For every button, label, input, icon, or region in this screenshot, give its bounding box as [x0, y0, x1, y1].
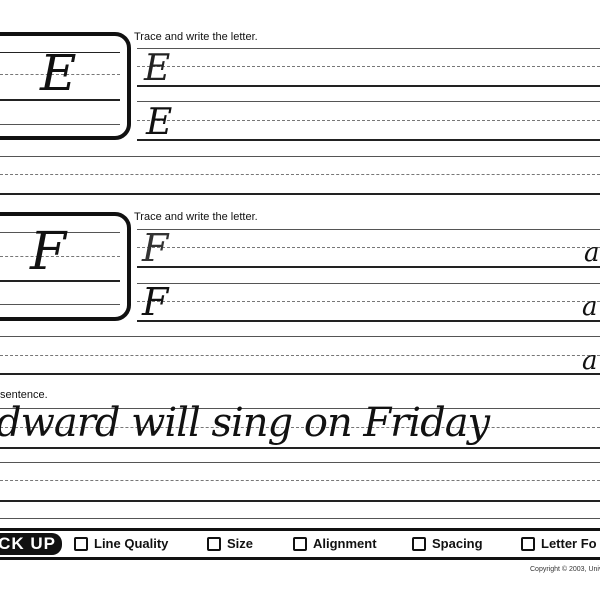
checkbox-icon[interactable]: [521, 537, 535, 551]
sample-letter-f: F: [142, 280, 168, 324]
sentence-row3-top: [0, 518, 600, 519]
f-row1-top: [137, 229, 600, 230]
f-row2-top: [137, 283, 600, 284]
e-row1-top: [137, 48, 600, 49]
check-label: Line Quality: [94, 535, 168, 553]
check-label: Letter Fo: [541, 535, 597, 553]
e-row1-mid: [137, 66, 600, 67]
sample-letter-e: E: [146, 102, 172, 143]
f-row2-baseline: [137, 320, 600, 322]
trace-letter-e: E: [144, 48, 170, 89]
check-label: Spacing: [432, 535, 483, 553]
check-size[interactable]: Size: [207, 535, 253, 553]
e-row2-mid: [137, 120, 600, 121]
e-row1-baseline: [137, 85, 600, 87]
e-row3-top: [0, 156, 600, 157]
f-row3-top: [0, 336, 600, 337]
check-alignment[interactable]: Alignment: [293, 535, 377, 553]
edge-letter-a-1: a: [584, 238, 600, 268]
section-e-instruction: Trace and write the letter.: [134, 31, 258, 43]
section-f-instruction: Trace and write the letter.: [134, 211, 258, 223]
sentence-row2-top: [0, 462, 600, 463]
e-row3-baseline: [0, 193, 600, 195]
check-spacing[interactable]: Spacing: [412, 535, 483, 553]
model-sentence: dward will sing on Friday: [0, 400, 489, 446]
e-row2-baseline: [137, 139, 600, 141]
checkbox-icon[interactable]: [293, 537, 307, 551]
check-up-badge: CK UP: [0, 533, 62, 555]
check-letter-formation[interactable]: Letter Fo: [521, 535, 597, 553]
model-letter-f: F: [30, 222, 66, 282]
copyright-notice: Copyright © 2003, Univ: [530, 566, 600, 573]
checkbox-icon[interactable]: [412, 537, 426, 551]
check-label: Alignment: [313, 535, 377, 553]
f-row3-baseline: [0, 373, 600, 375]
f-row2-mid: [137, 301, 600, 302]
model-f-bottom-line: [0, 304, 120, 305]
trace-letter-f: F: [142, 226, 168, 270]
model-letter-e: E: [40, 44, 77, 102]
e-row2-top: [137, 101, 600, 102]
model-e-bottom-line: [0, 124, 120, 125]
checkbox-icon[interactable]: [74, 537, 88, 551]
check-up-bar: CK UP Line Quality Size Alignment Spacin…: [0, 528, 600, 560]
sentence-row2-baseline: [0, 500, 600, 502]
e-row3-mid: [0, 174, 600, 175]
sentence-row1-baseline: [0, 447, 600, 449]
f-row3-mid: [0, 355, 600, 356]
sentence-row2-mid: [0, 480, 600, 481]
check-label: Size: [227, 535, 253, 553]
checkbox-icon[interactable]: [207, 537, 221, 551]
edge-letter-a-2: a: [582, 292, 598, 322]
edge-letter-a-3: a: [582, 346, 598, 376]
f-row1-baseline: [137, 266, 600, 268]
f-row1-mid: [137, 247, 600, 248]
check-line-quality[interactable]: Line Quality: [74, 535, 168, 553]
